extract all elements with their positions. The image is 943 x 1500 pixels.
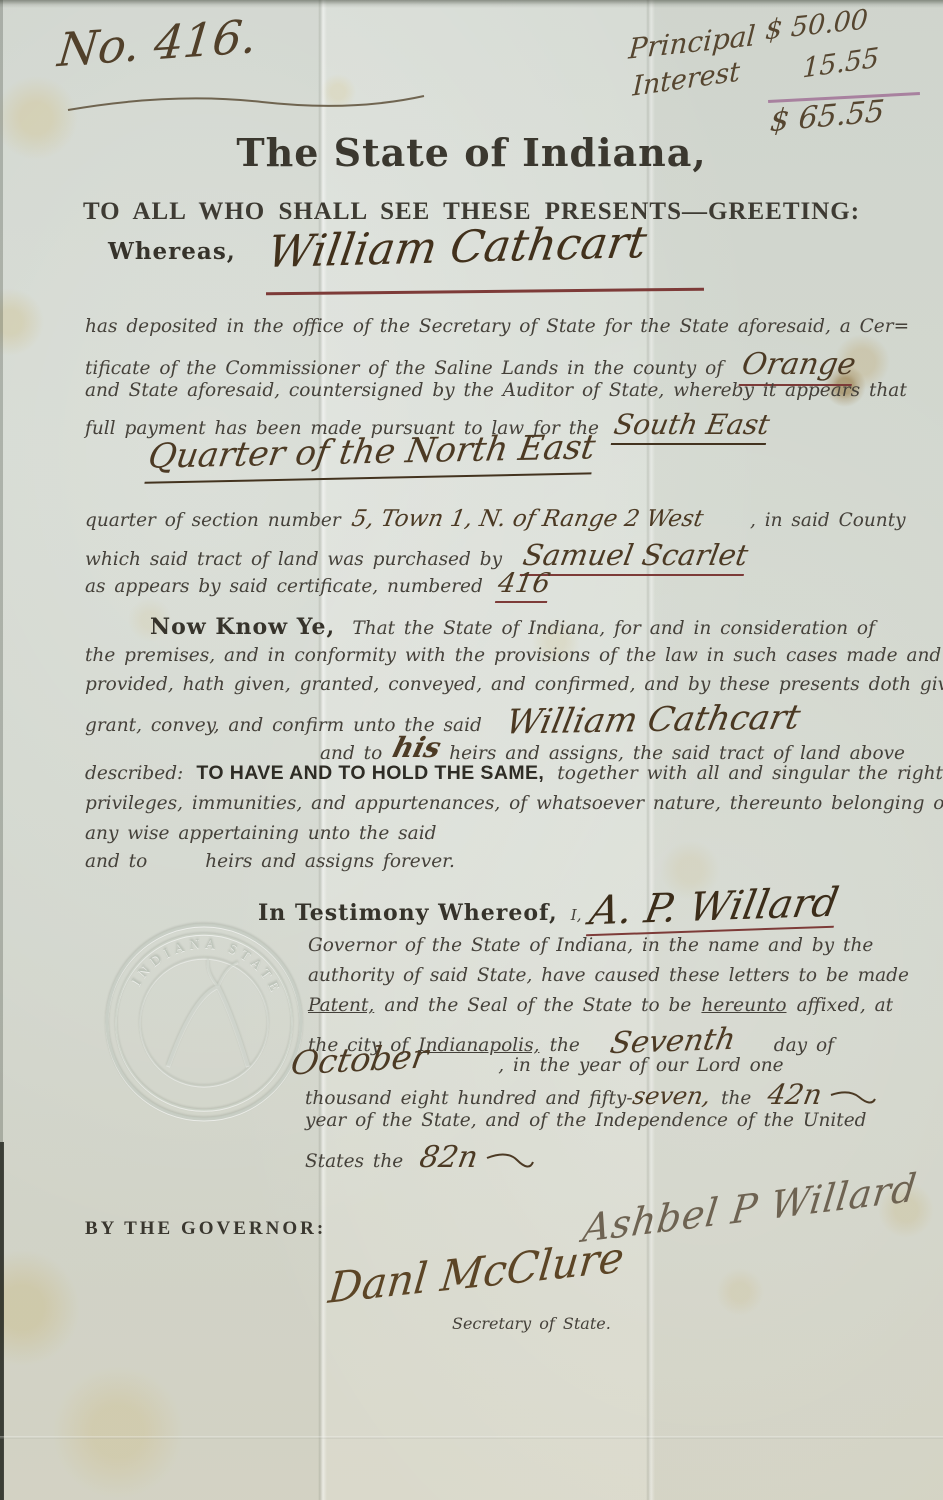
by-governor-text: BY THE GOVERNOR: xyxy=(85,1218,326,1239)
scan-edge-left-dark xyxy=(0,1142,4,1500)
testimony-line3-post: affixed, at xyxy=(797,995,894,1016)
grantee-underline xyxy=(266,288,704,296)
governor-autograph-row: Ashbel P Willard xyxy=(581,1166,920,1251)
grant-line6-post: together with all and singular the right… xyxy=(557,763,943,784)
tract-direction-1: South East xyxy=(611,408,773,445)
seal-arc-text: INDIANA STATE xyxy=(130,937,284,998)
purchaser-name: Samuel Scarlet xyxy=(520,538,751,576)
section-line1-post: , in said County xyxy=(750,510,906,531)
grantee-name-text: William Cathcart xyxy=(264,217,650,278)
secretary-autograph: Danl McClure xyxy=(326,1232,626,1313)
deposit-line2-printed: tificate of the Commissioner of the Sali… xyxy=(85,358,723,379)
ledger-interest-value: 15.55 xyxy=(800,43,881,84)
testimony-line-1: Governor of the State of Indiana, in the… xyxy=(308,935,873,956)
scan-edge-top xyxy=(0,0,943,8)
governor-signature-inline: A. P. Willard xyxy=(585,880,841,937)
section-line-1: quarter of section number 5, Town 1, N. … xyxy=(85,506,906,532)
principal-value: $ 50.00 xyxy=(764,4,869,46)
grant-line-2: the premises, and in conformity with the… xyxy=(85,645,941,666)
grant-line9-pre: and to xyxy=(85,851,147,872)
land-patent-document: INDIANA STATE No. 416. Principal $ 50.00… xyxy=(0,0,943,1500)
doc-number: No. 416. xyxy=(56,9,258,77)
document-title-row: The State of Indiana, xyxy=(0,130,943,175)
patent-word: Patent, xyxy=(308,995,374,1016)
secretary-title: Secretary of State. xyxy=(452,1314,611,1333)
grant-line-9: and toheirs and assigns forever. xyxy=(85,851,455,872)
pronoun-his: his xyxy=(390,731,445,764)
grant-line1-printed: That the State of Indiana, for and in co… xyxy=(352,618,875,639)
testimony-line5-post: , in the year of our Lord one xyxy=(498,1055,783,1076)
certificate-number: 416 xyxy=(495,568,553,603)
habendum-clause: TO HAVE AND TO HOLD THE SAME, xyxy=(196,762,544,784)
tract-direction-2: Quarter of the North East xyxy=(144,427,598,484)
deposit-line-1: has deposited in the office of the Secre… xyxy=(85,316,909,337)
whereas-label-text: Whereas, xyxy=(108,238,236,265)
grant-line5-post: heirs and assigns, the said tract of lan… xyxy=(449,743,905,764)
testimony-line8-pre: States the xyxy=(305,1151,403,1172)
doc-number-flourish xyxy=(62,88,432,116)
testimony-line-2: authority of said State, have caused the… xyxy=(308,965,909,986)
grant-lead: Now Know Ye, xyxy=(150,614,335,640)
grant-line-3: provided, hath given, granted, conveyed,… xyxy=(85,674,943,695)
section-line2-printed: which said tract of land was purchased b… xyxy=(85,549,502,570)
pen-flourish xyxy=(483,1148,537,1178)
seal-graphic: INDIANA STATE xyxy=(98,916,310,1128)
crease-bottom xyxy=(0,1436,943,1439)
testimony-line-5: October , in the year of our Lord one xyxy=(292,1040,784,1079)
testimony-lead: In Testimony Whereof, xyxy=(258,900,558,926)
grant-line5-pre: and to xyxy=(320,743,382,764)
svg-text:INDIANA STATE: INDIANA STATE xyxy=(130,937,284,998)
independence-year-written: 82n xyxy=(417,1140,481,1175)
testimony-line6-pre: thousand eight hundred and fifty- xyxy=(305,1088,633,1109)
doc-number-text: No. 416. xyxy=(55,9,259,77)
testimony-i: I, xyxy=(571,906,582,924)
secretary-autograph-row: Danl McClure xyxy=(326,1233,626,1313)
governor-autograph: Ashbel P Willard xyxy=(580,1165,919,1251)
testimony-line-6: thousand eight hundred and fifty-seven, … xyxy=(305,1078,879,1113)
state-year-written: 42n xyxy=(766,1078,825,1111)
testimony-lead-row: In Testimony Whereof, I, A. P. Willard xyxy=(258,884,837,932)
grant-line-7: privileges, immunities, and appurtenance… xyxy=(85,793,943,814)
testimony-line3-mid: and the Seal of the State to be xyxy=(384,995,691,1016)
deposit-line-3: and State aforesaid, countersigned by th… xyxy=(85,380,907,401)
grant-line-8: any wise appertaining unto the said xyxy=(85,823,436,844)
hereunto-word: hereunto xyxy=(701,995,786,1016)
secretary-title-row: Secretary of State. xyxy=(452,1314,611,1333)
month-written: October xyxy=(288,1036,431,1082)
grantee-name-primary: William Cathcart xyxy=(267,217,646,278)
testimony-line-7: year of the State, and of the Independen… xyxy=(305,1110,867,1131)
section-line3-printed: as appears by said certificate, numbered xyxy=(85,576,483,597)
grant-line-6: described: TO HAVE AND TO HOLD THE SAME,… xyxy=(85,762,943,785)
grant-line9-post: heirs and assigns forever. xyxy=(205,851,455,872)
by-the-governor: BY THE GOVERNOR: xyxy=(85,1218,326,1240)
document-title: The State of Indiana, xyxy=(236,130,706,175)
section-details: 5, Town 1, N. of Range 2 West xyxy=(350,506,706,532)
section-line1-printed: quarter of section number xyxy=(85,510,341,531)
embossed-state-seal: INDIANA STATE xyxy=(98,916,310,1128)
pen-flourish xyxy=(827,1087,879,1113)
testimony-line-8: States the 82n xyxy=(305,1140,537,1178)
grant-line6-pre: described: xyxy=(85,763,183,784)
testimony-line6-mid: the xyxy=(721,1088,751,1109)
whereas-label: Whereas, xyxy=(108,238,236,265)
grant-line-1: Now Know Ye, That the State of Indiana, … xyxy=(150,614,875,640)
section-line-3: as appears by said certificate, numbered… xyxy=(85,568,549,603)
tract-direction-2-row: Quarter of the North East xyxy=(148,427,595,483)
interest-value: 15.55 xyxy=(802,42,880,84)
testimony-line-3: Patent, and the Seal of the State to be … xyxy=(308,995,893,1016)
year-suffix-written: seven, xyxy=(630,1082,712,1110)
